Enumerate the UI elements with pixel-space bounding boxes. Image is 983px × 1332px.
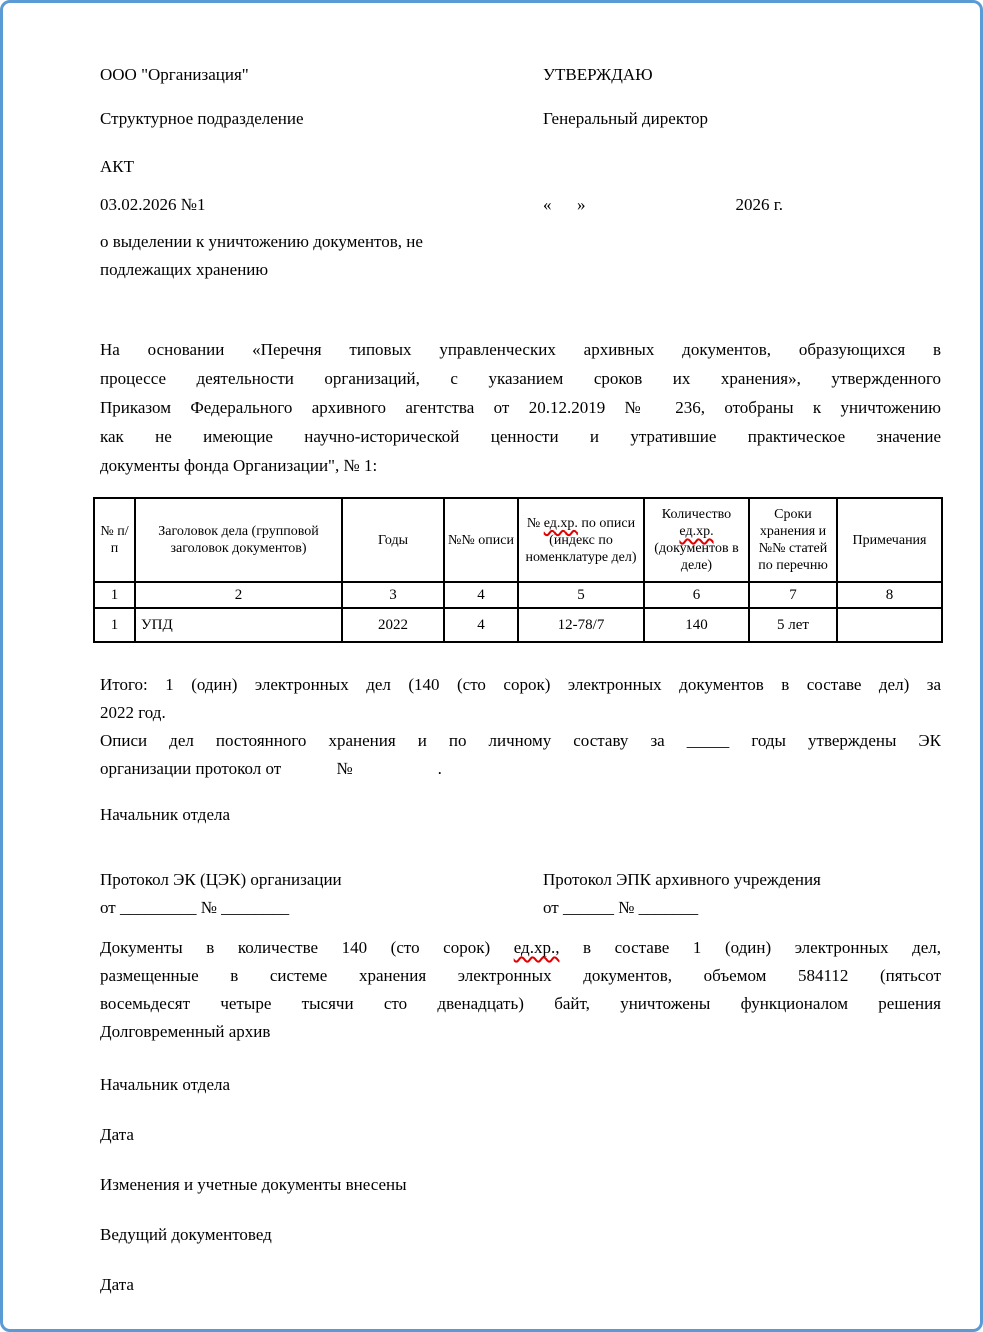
protocol-org-blank: от _________ № ________	[100, 894, 543, 922]
signature-lead-clerk: Ведущий документовед	[100, 1221, 941, 1249]
table-data-cell: 5 лет	[749, 608, 837, 642]
table-data-cell: УПД	[135, 608, 342, 642]
misspelled-word: ед.хр.,	[514, 938, 560, 957]
table-number-row: 1 2 3 4 5 6 7 8	[94, 582, 942, 608]
table-data-cell: 4	[444, 608, 518, 642]
table-header-cell: Сроки хранения и №№ статей по перечню	[749, 498, 837, 582]
department-name: Структурное подразделение	[100, 105, 543, 133]
approve-date-row: « » 2026 г.	[543, 191, 941, 219]
table-data-cell: 140	[644, 608, 749, 642]
document-page: ООО "Организация" УТВЕРЖДАЮ Структурное …	[0, 0, 983, 1332]
table-row: 1 УПД 2022 4 12-78/7 140 5 лет	[94, 608, 942, 642]
table-header-cell: №№ описи	[444, 498, 518, 582]
table-header-cell: № ед.хр. по описи (индекс по номенклатур…	[518, 498, 644, 582]
totals-paragraph: Итого: 1 (один) электронных дел (140 (ст…	[100, 671, 941, 783]
protocol-archive-title: Протокол ЭПК архивного учреждения	[543, 866, 941, 894]
basis-paragraph-line: На основании «Перечня типовых управленче…	[100, 335, 941, 364]
table-header-cell: Годы	[342, 498, 444, 582]
totals-line: Итого: 1 (один) электронных дел (140 (ст…	[100, 671, 941, 699]
table-data-cell	[837, 608, 942, 642]
director-title: Генеральный директор	[543, 105, 941, 133]
table-number-cell: 6	[644, 582, 749, 608]
table-number-cell: 4	[444, 582, 518, 608]
header-text: №	[527, 516, 544, 531]
table-number-cell: 3	[342, 582, 444, 608]
approve-date-quotes: « »	[543, 191, 586, 219]
header-text: Количество	[662, 507, 731, 522]
table-header-cell: Количество ед.хр. (документов в деле)	[644, 498, 749, 582]
org-name: ООО "Организация"	[100, 61, 543, 89]
header-spacer	[543, 219, 941, 284]
destruction-line: размещенные в системе хранения электронн…	[100, 962, 941, 990]
table-header-row: № п/п Заголовок дела (групповой заголово…	[94, 498, 942, 582]
destruction-line: восемьдесят четыре тысячи сто двенадцать…	[100, 990, 941, 1018]
date-label: Дата	[100, 1121, 941, 1149]
protocol-archive: Протокол ЭПК архивного учреждения от ___…	[543, 866, 941, 922]
approve-year: 2026 г.	[736, 191, 784, 219]
approve-label: УТВЕРЖДАЮ	[543, 61, 941, 89]
destruction-line: Долговременный архив	[100, 1018, 941, 1046]
header-text: (документов в деле)	[654, 541, 738, 573]
misspelled-word: ед.хр.	[544, 516, 578, 531]
protocol-org: Протокол ЭК (ЦЭК) организации от _______…	[100, 866, 543, 922]
table-header-cell: Заголовок дела (групповой заголовок доку…	[135, 498, 342, 582]
header-block: ООО "Организация" УТВЕРЖДАЮ Структурное …	[100, 61, 941, 284]
destruction-text: Документы в количестве 140 (сто сорок)	[100, 938, 514, 957]
basis-paragraph-line: Приказом Федерального архивного агентств…	[100, 393, 941, 422]
changes-note: Изменения и учетные документы внесены	[100, 1171, 941, 1199]
signature-head-of-department: Начальник отдела	[100, 1071, 941, 1099]
doc-type-title: АКТ	[100, 153, 543, 181]
destruction-line: Документы в количестве 140 (сто сорок) е…	[100, 934, 941, 962]
basis-paragraph-line: как не имеющие научно-исторической ценно…	[100, 422, 941, 451]
table-header-cell: Примечания	[837, 498, 942, 582]
subject-line: подлежащих хранению	[100, 256, 543, 284]
table-data-cell: 12-78/7	[518, 608, 644, 642]
destruction-text: в составе 1 (один) электронных дел,	[559, 938, 941, 957]
totals-line: Описи дел постоянного хранения и по личн…	[100, 727, 941, 755]
destruction-items-table: № п/п Заголовок дела (групповой заголово…	[93, 497, 943, 643]
table-number-cell: 2	[135, 582, 342, 608]
table-data-cell: 1	[94, 608, 135, 642]
protocols-block: Протокол ЭК (ЦЭК) организации от _______…	[100, 866, 941, 922]
totals-line: 2022 год.	[100, 699, 941, 727]
basis-paragraph: На основании «Перечня типовых управленче…	[100, 335, 941, 480]
basis-paragraph-line: процессе деятельности организаций, с ука…	[100, 364, 941, 393]
signature-head-of-department: Начальник отдела	[100, 801, 941, 829]
table-number-cell: 7	[749, 582, 837, 608]
totals-line: организации протокол от № .	[100, 755, 941, 783]
table-header-cell: № п/п	[94, 498, 135, 582]
misspelled-word: ед.хр.	[679, 524, 713, 539]
destruction-paragraph: Документы в количестве 140 (сто сорок) е…	[100, 934, 941, 1046]
table-number-cell: 8	[837, 582, 942, 608]
protocol-archive-blank: от ______ № _______	[543, 894, 941, 922]
doc-subject: о выделении к уничтожению документов, не…	[100, 228, 543, 284]
header-spacer	[543, 153, 941, 181]
table-number-cell: 5	[518, 582, 644, 608]
table-data-cell: 2022	[342, 608, 444, 642]
date-label: Дата	[100, 1271, 941, 1299]
doc-date-number: 03.02.2026 №1	[100, 191, 543, 219]
basis-paragraph-line: документы фонда Организации", № 1:	[100, 451, 941, 480]
protocol-org-title: Протокол ЭК (ЦЭК) организации	[100, 866, 543, 894]
table-number-cell: 1	[94, 582, 135, 608]
subject-line: о выделении к уничтожению документов, не	[100, 228, 543, 256]
